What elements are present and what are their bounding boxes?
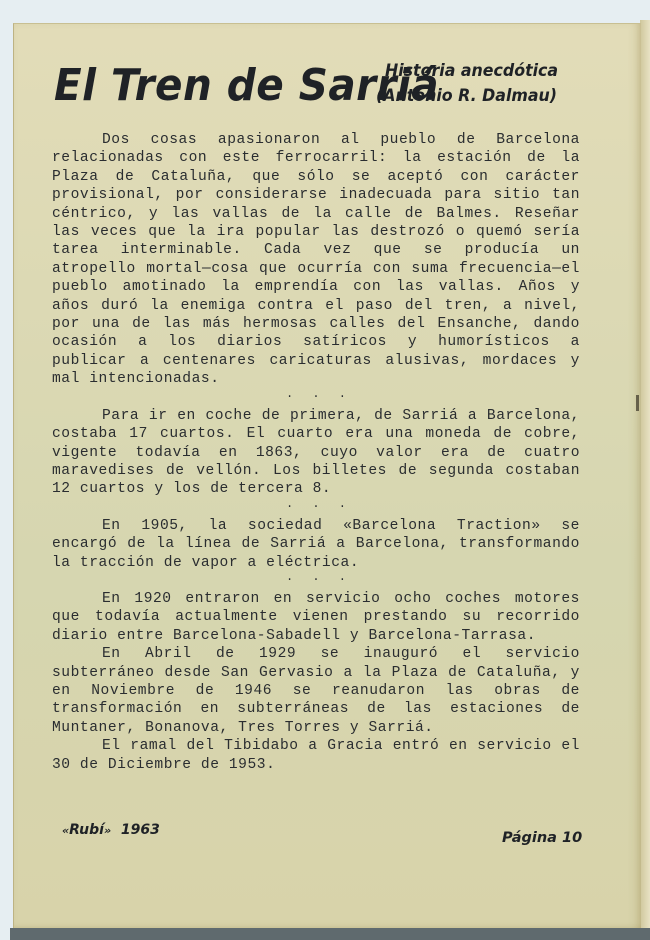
paragraph: En Abril de 1929 se inauguró el servicio…	[52, 645, 580, 737]
section-separator: . . .	[52, 499, 580, 517]
section-separator: . . .	[52, 572, 580, 590]
publication-year: 1963	[121, 822, 160, 838]
subtitle: Historia anecdótica	[385, 61, 558, 81]
paragraph: En 1920 entraron en servicio ocho coches…	[52, 590, 580, 645]
page-edge	[640, 20, 650, 928]
section-separator: . . .	[52, 389, 580, 407]
paragraph: Para ir en coche de primera, de Sarriá a…	[52, 407, 580, 499]
page-number: Página 10	[502, 830, 582, 846]
publication-footer: «Rubí» 1963	[62, 822, 160, 838]
bottom-background-strip	[10, 928, 650, 940]
author: (Antonio R. Dalmau)	[376, 86, 557, 106]
close-quote: »	[104, 824, 111, 837]
paragraph: Dos cosas apasionaron al pueblo de Barce…	[52, 131, 580, 389]
publication-name: Rubí	[69, 822, 104, 838]
title-block: El Tren de Sarriá Historia anecdótica (A…	[54, 52, 594, 132]
article-body: Dos cosas apasionaron al pueblo de Barce…	[52, 131, 580, 774]
paragraph: El ramal del Tibidabo a Gracia entró en …	[52, 737, 580, 774]
ink-smudge	[636, 395, 639, 411]
paragraph: En 1905, la sociedad «Barcelona Traction…	[52, 517, 580, 572]
